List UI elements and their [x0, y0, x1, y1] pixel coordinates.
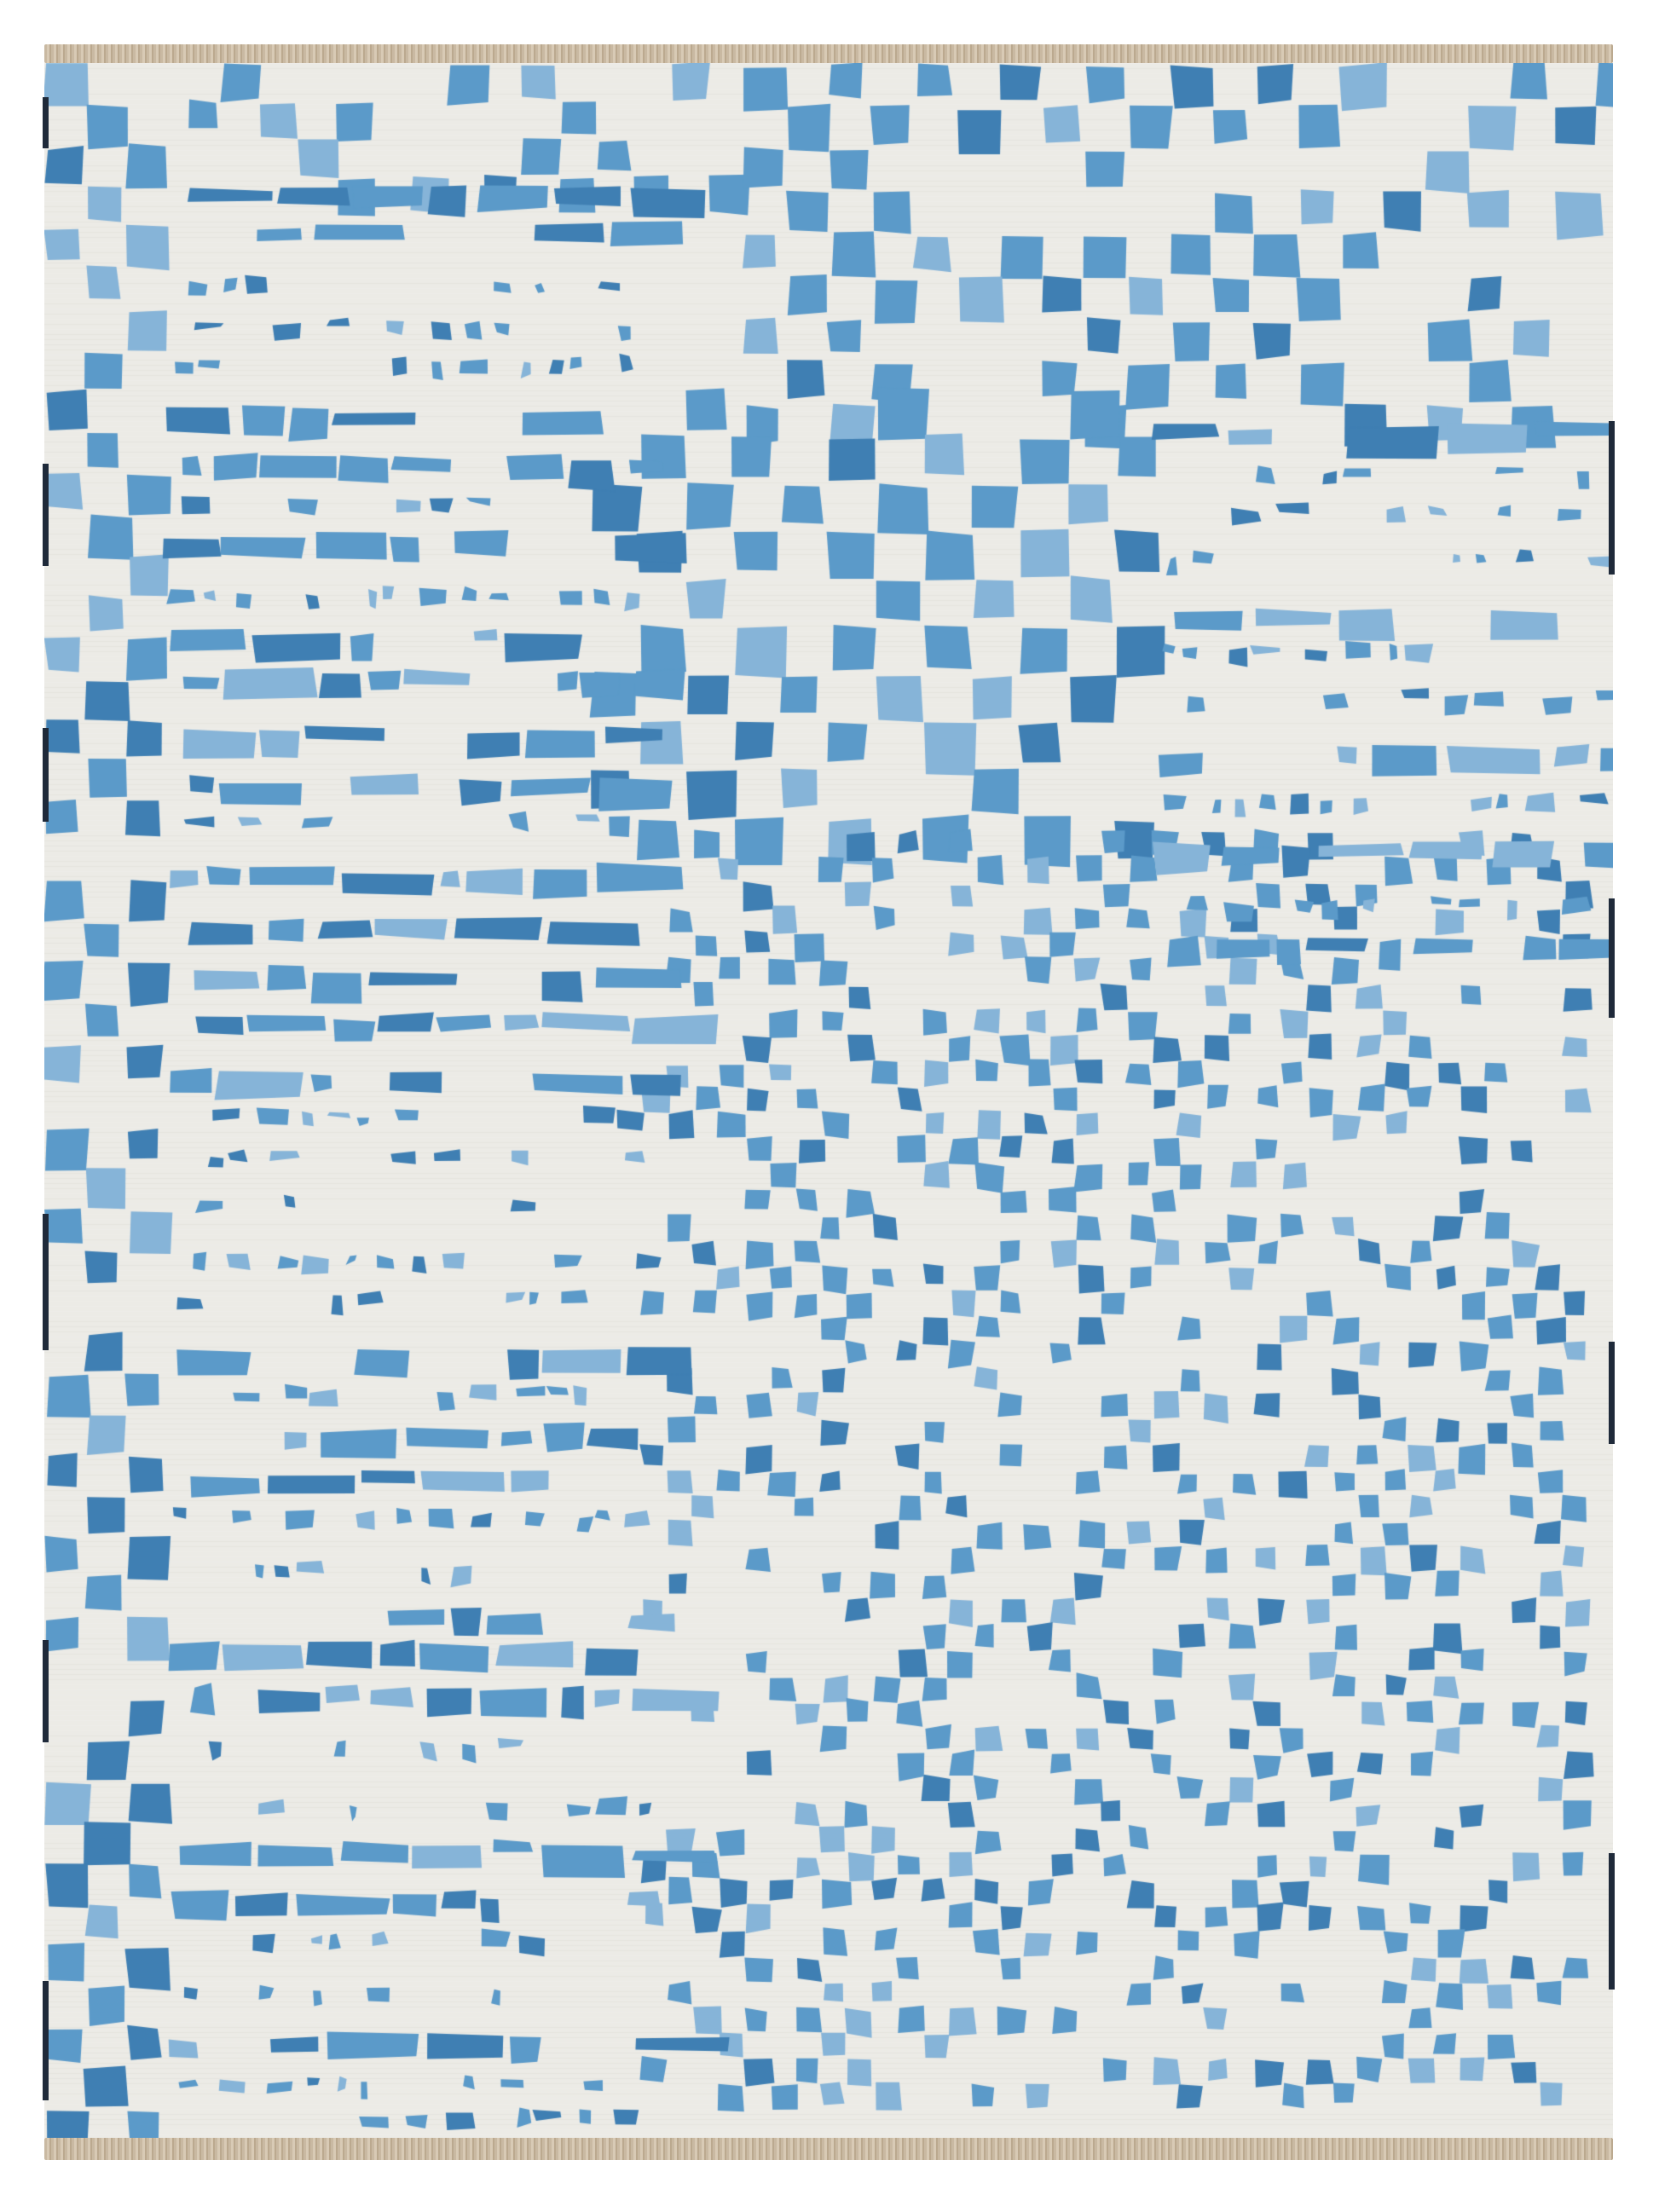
edge-binding-segment	[43, 97, 49, 148]
rug-edge-left	[43, 63, 49, 2138]
edge-binding-segment	[1609, 1342, 1615, 1444]
edge-binding-segment	[43, 1981, 49, 2100]
edge-binding-segment	[43, 464, 49, 566]
edge-binding-segment	[1609, 421, 1615, 575]
rug-pattern	[44, 63, 1613, 2138]
edge-binding-segment	[43, 1214, 49, 1350]
rug-field	[44, 63, 1613, 2138]
rug-fringe-bottom	[44, 2138, 1613, 2160]
rug	[44, 44, 1613, 2160]
edge-binding-segment	[1609, 898, 1615, 1018]
edge-binding-segment	[43, 1640, 49, 1742]
rug-edge-right	[1609, 63, 1615, 2138]
edge-binding-segment	[43, 728, 49, 822]
edge-binding-segment	[1609, 1853, 1615, 1990]
rug-fringe-top	[44, 44, 1613, 63]
